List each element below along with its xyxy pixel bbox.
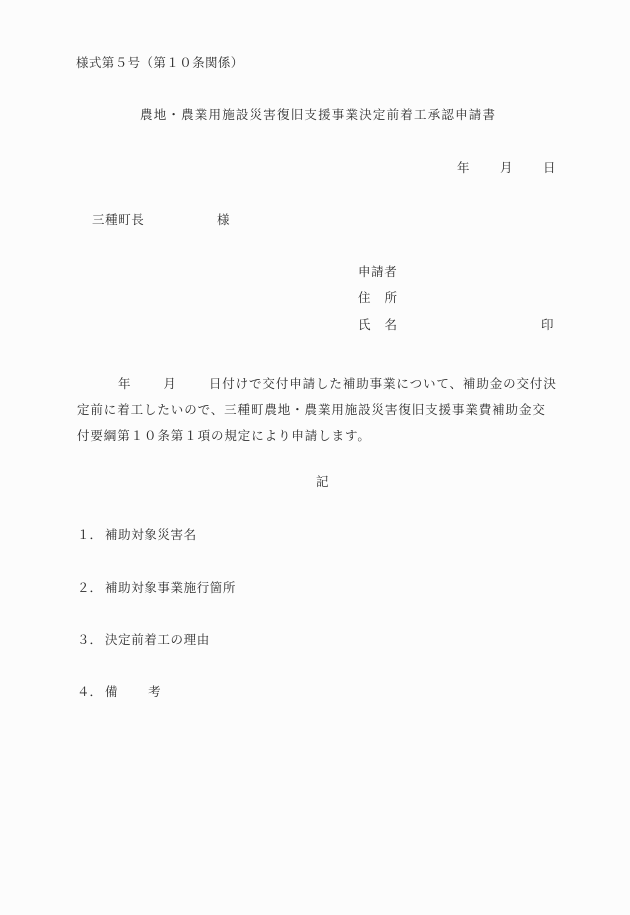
date-year-label: 年	[457, 160, 470, 176]
item-early-start-reason: ３．決定前着工の理由	[77, 632, 210, 648]
item-project-location: ２．補助対象事業施行箇所	[77, 580, 236, 596]
address-label: 住所	[358, 290, 397, 306]
address-label-char-2: 所	[385, 290, 398, 305]
item-disaster-name: １．補助対象災害名	[77, 527, 197, 543]
item-label: 決定前着工の理由	[105, 632, 210, 647]
name-label-char-2: 名	[385, 317, 398, 332]
address-label-char-1: 住	[358, 290, 371, 305]
item-remarks: ４．備考	[77, 684, 161, 700]
document-title: 農地・農業用施設災害復旧支援事業決定前着工承認申請書	[140, 107, 496, 123]
item-label-char-2: 考	[148, 684, 161, 699]
body-line-1: 年月日付けで交付申請した補助事業について、補助金の交付決	[77, 371, 587, 397]
addressee-honorific: 様	[217, 212, 230, 228]
body-year-label: 年	[118, 376, 131, 391]
applicant-label: 申請者	[358, 264, 397, 280]
body-month-label: 月	[163, 376, 176, 391]
date-day-label: 日	[543, 160, 556, 176]
note-mark: 記	[316, 474, 329, 490]
name-label-char-1: 氏	[358, 317, 371, 332]
item-number: ３．	[77, 632, 105, 648]
body-line-3: 付要綱第１０条第１項の規定により申請します。	[77, 423, 587, 449]
form-number: 様式第５号（第１０条関係）	[76, 55, 244, 71]
name-label: 氏名	[358, 317, 397, 333]
addressee-name: 三種町長	[92, 212, 144, 228]
item-label: 補助対象災害名	[105, 527, 197, 542]
body-line-1-text: 日付けで交付申請した補助事業について、補助金の交付決	[209, 376, 557, 391]
body-paragraph: 年月日付けで交付申請した補助事業について、補助金の交付決 定前に着工したいので、…	[77, 371, 587, 449]
item-label-char-1: 備	[105, 684, 118, 699]
item-label: 補助対象事業施行箇所	[105, 580, 236, 595]
item-number: １．	[77, 527, 105, 543]
item-number: ２．	[77, 580, 105, 596]
body-line-2: 定前に着工したいので、三種町農地・農業用施設災害復旧支援事業費補助金交	[77, 397, 587, 423]
date-month-label: 月	[500, 160, 513, 176]
seal-mark: 印	[541, 317, 554, 333]
item-number: ４．	[77, 684, 105, 700]
